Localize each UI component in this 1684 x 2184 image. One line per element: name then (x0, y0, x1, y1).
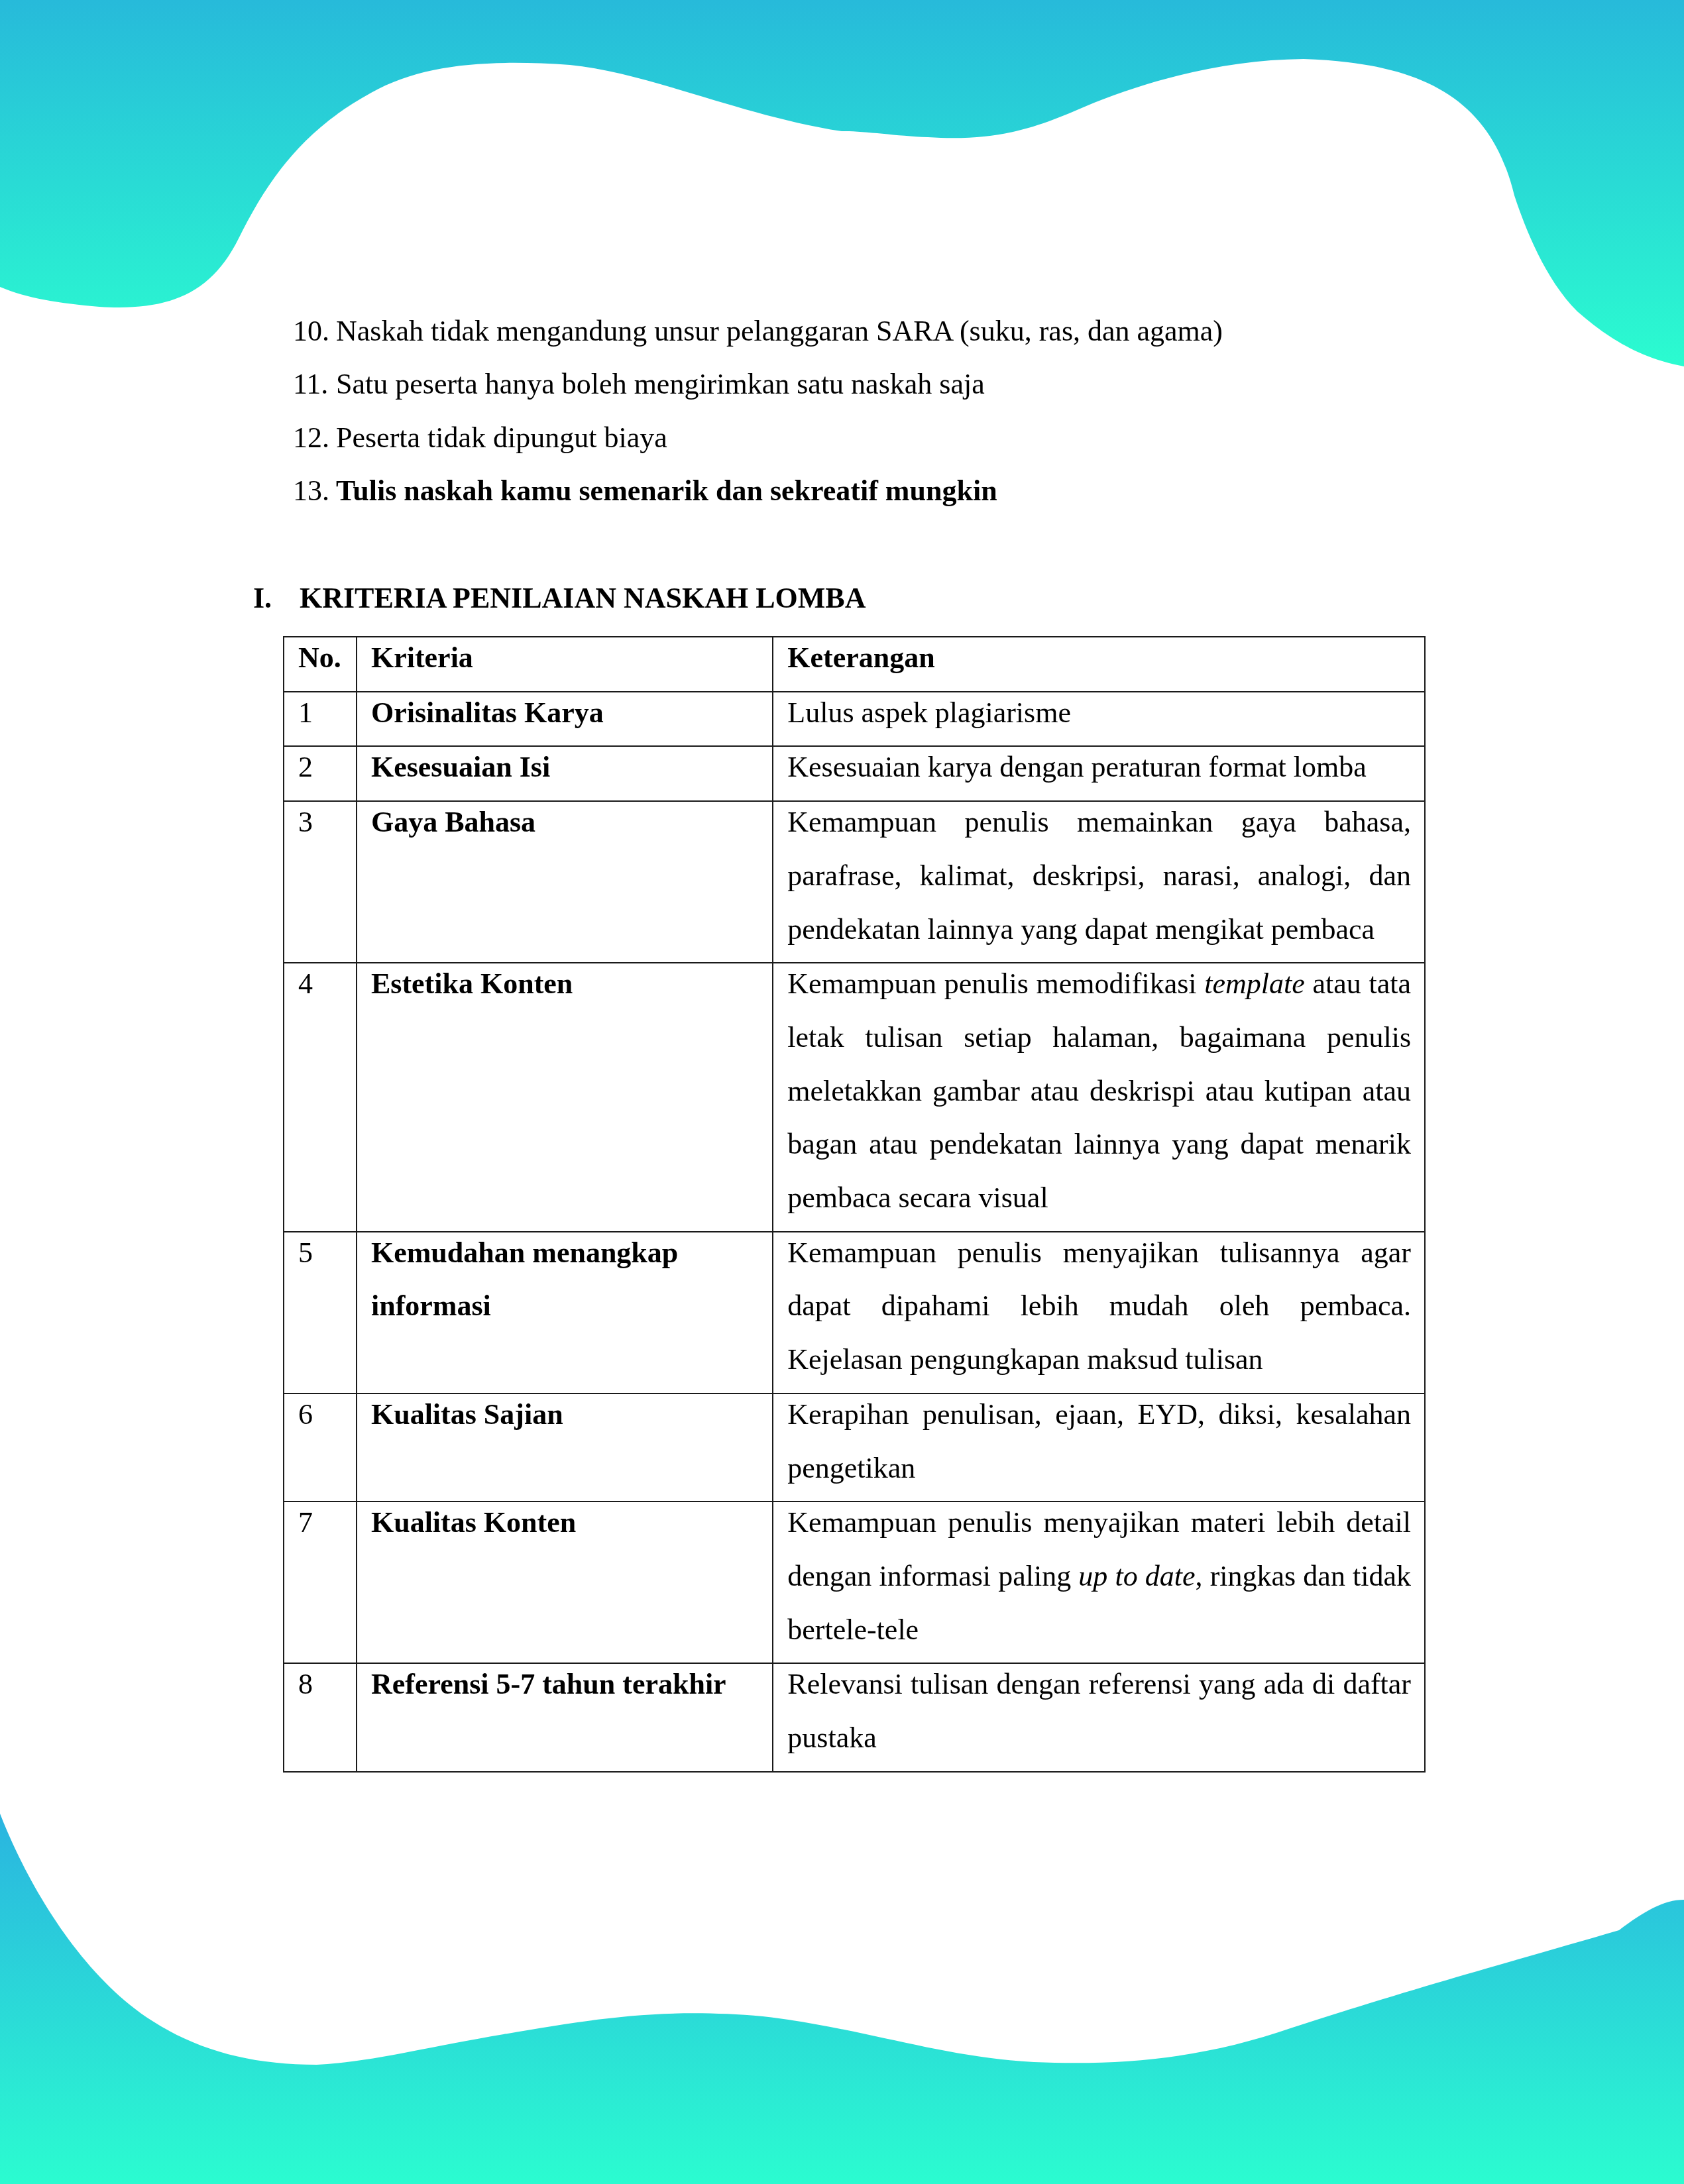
list-item-number: 13. (293, 471, 336, 511)
row-number: 3 (284, 796, 356, 849)
italic-term: up to date (1078, 1560, 1195, 1592)
cell-keterangan: Kesesuaian karya dengan peraturan format… (773, 746, 1425, 801)
cell-keterangan: Lulus aspek plagiarisme (773, 692, 1425, 747)
header-kriteria-label: Kriteria (357, 631, 772, 685)
row-number: 1 (284, 686, 356, 740)
cell-keterangan: Kemampuan penulis memainkan gaya bahasa,… (773, 801, 1425, 963)
criterion-name: Estetika Konten (357, 957, 772, 1011)
rules-list: 10.Naskah tidak mengandung unsur pelangg… (293, 311, 1223, 524)
cell-no: 3 (284, 801, 357, 963)
criterion-name: Kesesuaian Isi (357, 741, 772, 794)
cell-kriteria: Gaya Bahasa (357, 801, 773, 963)
header-no: No. (284, 637, 357, 692)
description-text: Kemampuan penulis memainkan gaya bahasa,… (787, 806, 1411, 945)
section-title: KRITERIA PENILAIAN NASKAH LOMBA (300, 582, 866, 614)
bottom-wave-decoration (0, 1789, 1684, 2184)
criterion-name: Orisinalitas Karya (357, 686, 772, 740)
table-body: 1Orisinalitas KaryaLulus aspek plagiaris… (284, 692, 1425, 1772)
criterion-description: Kemampuan penulis menyajikan materi lebi… (773, 1496, 1424, 1657)
cell-keterangan: Kemampuan penulis menyajikan tulisannya … (773, 1232, 1425, 1393)
list-item-number: 11. (293, 364, 336, 404)
cell-no: 8 (284, 1663, 357, 1771)
cell-keterangan: Relevansi tulisan dengan referensi yang … (773, 1663, 1425, 1771)
table-row: 3Gaya BahasaKemampuan penulis memainkan … (284, 801, 1425, 963)
criterion-name: Kemudahan menangkap informasi (357, 1227, 772, 1333)
cell-no: 6 (284, 1393, 357, 1501)
criterion-description: Relevansi tulisan dengan referensi yang … (773, 1658, 1424, 1765)
criterion-description: Kesesuaian karya dengan peraturan format… (773, 741, 1424, 794)
cell-keterangan: Kemampuan penulis memodifikasi template … (773, 963, 1425, 1232)
criterion-description: Kemampuan penulis memainkan gaya bahasa,… (773, 796, 1424, 956)
header-no-label: No. (284, 631, 356, 685)
criterion-description: Kerapihan penulisan, ejaan, EYD, diksi, … (773, 1388, 1424, 1495)
list-item: 11.Satu peserta hanya boleh mengirimkan … (293, 364, 1223, 417)
table-row: 8Referensi 5-7 tahun terakhirRelevansi t… (284, 1663, 1425, 1771)
italic-term: template (1204, 967, 1305, 1000)
section-heading: I.KRITERIA PENILAIAN NASKAH LOMBA (253, 578, 866, 618)
row-number: 7 (284, 1496, 356, 1550)
criteria-table: No. Kriteria Keterangan 1Orisinalitas Ka… (283, 636, 1426, 1773)
cell-no: 5 (284, 1232, 357, 1393)
criterion-name: Kualitas Sajian (357, 1388, 772, 1442)
criterion-description: Kemampuan penulis menyajikan tulisannya … (773, 1227, 1424, 1387)
list-item-text: Naskah tidak mengandung unsur pelanggara… (336, 315, 1223, 347)
table-row: 4Estetika KontenKemampuan penulis memodi… (284, 963, 1425, 1232)
description-text: Relevansi tulisan dengan referensi yang … (787, 1668, 1411, 1754)
criterion-description: Kemampuan penulis memodifikasi template … (773, 957, 1424, 1225)
cell-kriteria: Kemudahan menangkap informasi (357, 1232, 773, 1393)
table-row: 2Kesesuaian IsiKesesuaian karya dengan p… (284, 746, 1425, 801)
row-number: 6 (284, 1388, 356, 1442)
list-item-text: Peserta tidak dipungut biaya (336, 421, 667, 454)
header-keterangan-label: Keterangan (773, 631, 1424, 685)
criterion-name: Referensi 5-7 tahun terakhir (357, 1658, 772, 1712)
row-number: 8 (284, 1658, 356, 1712)
table-header-row: No. Kriteria Keterangan (284, 637, 1425, 692)
cell-kriteria: Kualitas Konten (357, 1501, 773, 1663)
description-text: Kesesuaian karya dengan peraturan format… (787, 751, 1367, 783)
list-item-number: 10. (293, 311, 336, 351)
table-row: 6Kualitas SajianKerapihan penulisan, eja… (284, 1393, 1425, 1501)
criterion-description: Lulus aspek plagiarisme (773, 686, 1424, 740)
row-number: 4 (284, 957, 356, 1011)
list-item-number: 12. (293, 418, 336, 458)
cell-no: 7 (284, 1501, 357, 1663)
criterion-name: Kualitas Konten (357, 1496, 772, 1550)
table-row: 5Kemudahan menangkap informasiKemampuan … (284, 1232, 1425, 1393)
description-text: Kerapihan penulisan, ejaan, EYD, diksi, … (787, 1398, 1411, 1484)
row-number: 5 (284, 1227, 356, 1280)
section-numeral: I. (253, 578, 300, 618)
list-item-text: Satu peserta hanya boleh mengirimkan sat… (336, 368, 985, 400)
list-item: 12.Peserta tidak dipungut biaya (293, 418, 1223, 471)
description-text: atau tata letak tulisan setiap halaman, … (787, 967, 1411, 1214)
list-item: 10.Naskah tidak mengandung unsur pelangg… (293, 311, 1223, 364)
cell-no: 4 (284, 963, 357, 1232)
cell-keterangan: Kemampuan penulis menyajikan materi lebi… (773, 1501, 1425, 1663)
criterion-name: Gaya Bahasa (357, 796, 772, 849)
description-text: Lulus aspek plagiarisme (787, 696, 1071, 729)
description-text: Kemampuan penulis menyajikan tulisannya … (787, 1236, 1411, 1376)
header-keterangan: Keterangan (773, 637, 1425, 692)
cell-kriteria: Estetika Konten (357, 963, 773, 1232)
cell-keterangan: Kerapihan penulisan, ejaan, EYD, diksi, … (773, 1393, 1425, 1501)
cell-kriteria: Kualitas Sajian (357, 1393, 773, 1501)
row-number: 2 (284, 741, 356, 794)
description-text: Kemampuan penulis memodifikasi (787, 967, 1204, 1000)
cell-kriteria: Orisinalitas Karya (357, 692, 773, 747)
cell-kriteria: Referensi 5-7 tahun terakhir (357, 1663, 773, 1771)
header-kriteria: Kriteria (357, 637, 773, 692)
cell-no: 1 (284, 692, 357, 747)
cell-kriteria: Kesesuaian Isi (357, 746, 773, 801)
list-item: 13.Tulis naskah kamu semenarik dan sekre… (293, 471, 1223, 524)
list-item-text-bold: Tulis naskah kamu semenarik dan sekreati… (336, 474, 997, 507)
cell-no: 2 (284, 746, 357, 801)
table-row: 7Kualitas KontenKemampuan penulis menyaj… (284, 1501, 1425, 1663)
table-row: 1Orisinalitas KaryaLulus aspek plagiaris… (284, 692, 1425, 747)
